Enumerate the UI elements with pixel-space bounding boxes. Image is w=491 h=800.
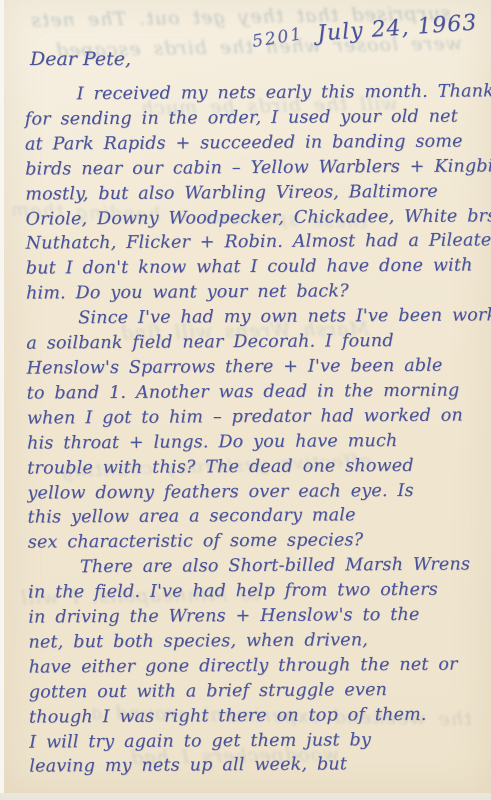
letter-line: in driving the Wrens + Henslow's to the — [28, 602, 482, 630]
letter-line: Henslow's Sparrows there + I've been abl… — [26, 353, 480, 381]
letter-line: I received my nets early this month. Tha… — [25, 79, 479, 107]
letter-line: when I got to him – predator had worked … — [27, 403, 481, 431]
letter-photo: surprised that they get out. The nets we… — [0, 0, 491, 800]
letter-line: at Park Rapids + succeeded in banding so… — [25, 129, 479, 157]
letter-line: Oriole, Downy Woodpecker, Chickadee, Whi… — [25, 204, 479, 232]
letter-line: but I don't know what I could have done … — [26, 254, 480, 282]
letter-line: yellow downy feathers over each eye. Is — [27, 478, 481, 506]
letter-line: gotten out with a brief struggle even — [29, 677, 483, 705]
letter-line: net, but both species, when driven, — [28, 627, 482, 655]
letter-line: I will try again to get them just by — [29, 727, 483, 755]
letter-line: Nuthatch, Flicker + Robin. Almost had a … — [26, 229, 480, 257]
letter-line: to band 1. Another was dead in the morni… — [27, 378, 481, 406]
salutation: Dear Pete, — [30, 48, 131, 70]
letter-body: I received my nets early this month. Tha… — [25, 79, 484, 780]
letter-line: though I was right there on top of them. — [29, 702, 483, 730]
letter-line: in the field. I've had help from two oth… — [28, 578, 482, 606]
letter-line: sex characteristic of some species? — [28, 528, 482, 556]
letter-line: him. Do you want your net back? — [26, 279, 480, 307]
letter-line: birds near our cabin – Yellow Warblers +… — [25, 154, 479, 182]
letter-line: a soilbank field near Decorah. I found — [26, 328, 480, 356]
letter-line: Since I've had my own nets I've been wor… — [26, 304, 480, 332]
letter-line: There are also Short-billed Marsh Wrens — [28, 553, 482, 581]
letter-line: this yellow area a secondary male — [28, 503, 482, 531]
letter-line: have either gone directly through the ne… — [29, 652, 483, 680]
letter-line: leaving my nets up all week, but — [29, 752, 483, 780]
letter-line: trouble with this? The dead one showed — [27, 453, 481, 481]
paper-edge-left — [0, 0, 4, 800]
letter-line: mostly, but also Warbling Vireos, Baltim… — [25, 179, 479, 207]
letter-line: for sending in the order, I used your ol… — [25, 104, 479, 132]
paper-edge-bottom — [0, 793, 491, 800]
letter-line: his throat + lungs. Do you have much — [27, 428, 481, 456]
